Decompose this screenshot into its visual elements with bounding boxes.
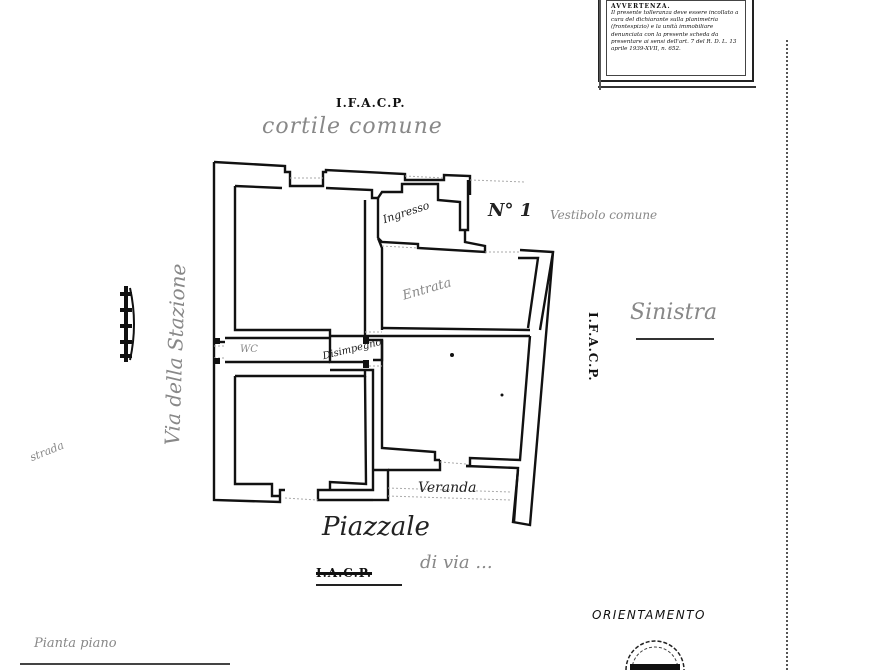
label-via: di via ... <box>420 552 493 573</box>
stamp-bottom-struck: I.A.C.P. <box>316 566 372 580</box>
label-wc: WC <box>240 344 258 355</box>
label-landing: Vestibolo comune <box>550 208 657 222</box>
label-number: N° 1 <box>488 200 532 221</box>
label-bottom-left: Pianta piano <box>34 636 117 651</box>
compass-icon <box>620 638 690 670</box>
orientation-label: ORIENTAMENTO <box>592 608 706 622</box>
bottom-left-rule <box>20 663 230 665</box>
label-piazzale: Piazzale <box>322 512 430 542</box>
margin-line <box>786 40 788 670</box>
label-veranda: Veranda <box>418 480 476 496</box>
underline-struck-stamp <box>316 584 402 586</box>
